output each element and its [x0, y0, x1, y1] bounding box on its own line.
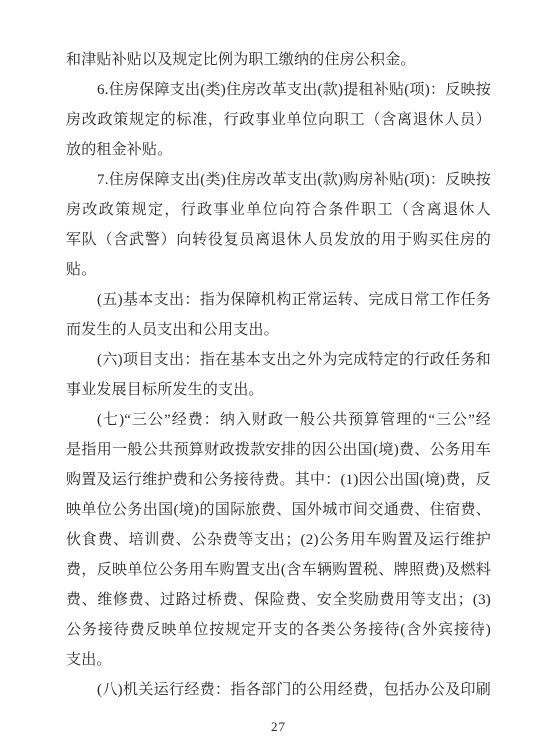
document-page: 和津贴补贴以及规定比例为职工缴纳的住房公积金。 6.住房保障支出(类)住房改革支… — [0, 0, 557, 754]
text-block: 和津贴补贴以及规定比例为职工缴纳的住房公积金。 6.住房保障支出(类)住房改革支… — [66, 45, 491, 705]
text-line: 事业发展目标所发生的支出。 — [66, 375, 491, 405]
text-line: 贴。 — [66, 255, 491, 285]
text-line: (六)项目支出：指在基本支出之外为完成特定的行政任务和 — [66, 345, 491, 375]
text-line: 映单位公务出国(境)的国际旅费、国外城市间交通费、住宿费、 — [66, 495, 491, 525]
text-line: (八)机关运行经费：指各部门的公用经费，包括办公及印刷 — [66, 675, 491, 705]
text-line: 费、维修费、过路过桥费、保险费、安全奖励费用等支出；(3) — [66, 585, 491, 615]
page-number: 27 — [271, 719, 286, 734]
text-line: 房改政策规定，行政事业单位向符合条件职工（含离退休人员）、 — [66, 195, 491, 225]
text-line: (七)“三公”经费：纳入财政一般公共预算管理的“三公”经费， — [66, 405, 491, 435]
text-line: 7.住房保障支出(类)住房改革支出(款)购房补贴(项)：反映按 — [66, 165, 491, 195]
text-line: 军队（含武警）向转役复员离退休人员发放的用于购买住房的补 — [66, 225, 491, 255]
text-line: 而发生的人员支出和公用支出。 — [66, 315, 491, 345]
page-footer: 27 — [0, 718, 557, 736]
text-line: 放的租金补贴。 — [66, 135, 491, 165]
text-line: 是指用一般公共预算财政拨款安排的因公出国(境)费、公务用车 — [66, 435, 491, 465]
text-line: 购置及运行维护费和公务接待费。其中：(1)因公出国(境)费，反 — [66, 465, 491, 495]
text-line: 房改政策规定的标准，行政事业单位向职工（含离退休人员）发 — [66, 105, 491, 135]
text-line: 支出。 — [66, 645, 491, 675]
text-line: 6.住房保障支出(类)住房改革支出(款)提租补贴(项)：反映按 — [66, 75, 491, 105]
text-line: 和津贴补贴以及规定比例为职工缴纳的住房公积金。 — [66, 45, 491, 75]
text-line: 公务接待费反映单位按规定开支的各类公务接待(含外宾接待) — [66, 615, 491, 645]
text-line: 伙食费、培训费、公杂费等支出；(2)公务用车购置及运行维护 — [66, 525, 491, 555]
text-line: 费，反映单位公务用车购置支出(含车辆购置税、牌照费)及燃料 — [66, 555, 491, 585]
text-line: (五)基本支出：指为保障机构正常运转、完成日常工作任务 — [66, 285, 491, 315]
